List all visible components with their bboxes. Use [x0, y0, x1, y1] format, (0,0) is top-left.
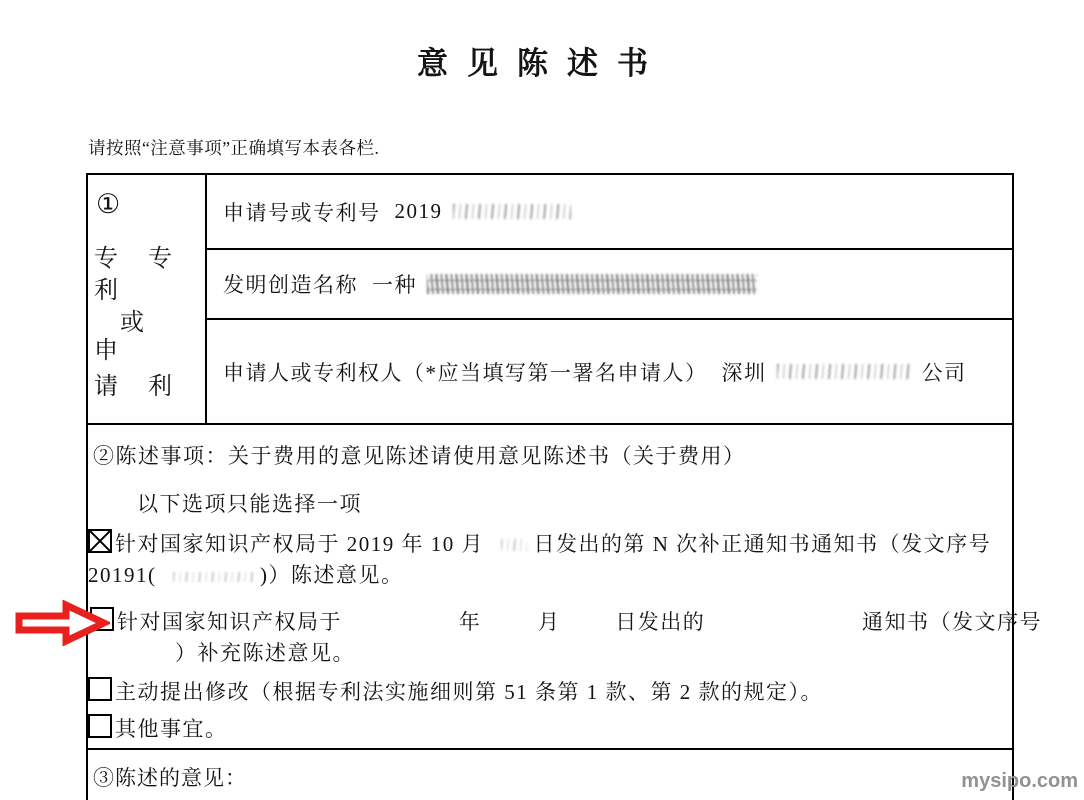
invention-name-row: 发明创造名称 一种 — [207, 250, 1012, 320]
redacted-application-number — [453, 204, 571, 219]
applicant-label: 申请人或专利权人（*应当填写第一署名申请人） — [223, 357, 708, 387]
applicant-row: 申请人或专利权人（*应当填写第一署名申请人） 深圳 公司 — [207, 320, 1012, 423]
section1-number: ① — [96, 191, 120, 218]
option1-checkbox[interactable] — [88, 529, 112, 553]
section1-header-cell: ① 专 专 利 或 申 请 利 — [88, 175, 207, 423]
side-label-char: 请 — [94, 375, 118, 399]
applicant-value-suffix: 公司 — [922, 357, 967, 387]
option1-serial-suffix: )）陈述意见。 — [260, 563, 404, 587]
redacted-serial-number — [173, 572, 253, 582]
section1-fields: 申请号或专利号 2019 发明创造名称 一种 申请人或专利权人（*应当填写第一署… — [207, 175, 1012, 423]
option2-seg-notice: 通知书（发文序号 — [862, 610, 1042, 634]
invention-name-label: 发明创造名称 — [223, 269, 358, 299]
option3-checkbox[interactable] — [88, 677, 112, 701]
section-statement-matters: ②陈述事项：关于费用的意见陈述请使用意见陈述书（关于费用） 以下选项只能选择一项… — [88, 425, 1012, 750]
applicant-value-prefix: 深圳 — [722, 357, 767, 387]
option2-text-line2: ）补充陈述意见。 — [175, 640, 355, 666]
option-voluntary-amendment: 主动提出修改（根据专利法实施细则第 51 条第 1 款、第 2 款的规定）。 — [88, 676, 823, 706]
redacted-invention-name — [427, 274, 757, 294]
application-number-value: 2019 — [395, 199, 443, 224]
option4-text: 其他事宜。 — [115, 713, 228, 743]
option-supplementary-statement: 针对国家知识产权局于 年 月 日发出的 通知书（发文序号 — [90, 606, 1042, 636]
option2-seg-day: 日发出的 — [615, 610, 705, 634]
side-label-char: 专 — [94, 247, 118, 271]
option2-seg-year: 年 — [459, 610, 482, 634]
option1-text-line2: 20191( )）陈述意见。 — [88, 562, 404, 588]
form-table: ① 专 专 利 或 申 请 利 申请号或专利号 2019 发明创造名称 一种 — [86, 173, 1014, 800]
side-label-char: 专 — [148, 247, 172, 271]
option1-serial-prefix: 20191( — [88, 563, 157, 587]
section2-heading: ②陈述事项：关于费用的意见陈述请使用意见陈述书（关于费用） — [93, 443, 746, 469]
watermark: mysipo.com — [961, 770, 1078, 793]
section-patent-info: ① 专 专 利 或 申 请 利 申请号或专利号 2019 发明创造名称 一种 — [88, 175, 1012, 425]
side-label-char: 利 — [148, 375, 172, 399]
application-number-label: 申请号或专利号 — [223, 197, 381, 227]
section3-heading: ③陈述的意见： — [93, 762, 247, 792]
side-label-char: 或 — [120, 311, 144, 335]
option4-checkbox[interactable] — [88, 714, 112, 738]
option2-seg1: 针对国家知识产权局于 — [117, 610, 342, 634]
redacted-day — [501, 539, 527, 551]
option-correction-notice: 针对国家知识产权局于 2019 年 10 月 日发出的第 N 次补正通知书通知书… — [88, 528, 991, 558]
option1-text-part1: 针对国家知识产权局于 2019 年 10 月 — [115, 532, 484, 556]
section2-subheading: 以下选项只能选择一项 — [137, 491, 362, 517]
option1-text-line1: 针对国家知识产权局于 2019 年 10 月 日发出的第 N 次补正通知书通知书… — [115, 528, 991, 558]
option1-text-part2: 日发出的第 N 次补正通知书通知书（发文序号 — [534, 532, 992, 556]
red-arrow-shape — [19, 605, 104, 641]
option-other-matters: 其他事宜。 — [88, 713, 228, 743]
invention-name-value: 一种 — [372, 269, 417, 299]
scanned-form-page: 意见陈述书 请按照“注意事项”正确填写本表各栏. ① 专 专 利 或 申 请 利… — [0, 0, 1084, 800]
section-stated-opinions: ③陈述的意见： — [88, 750, 1012, 800]
option3-text: 主动提出修改（根据专利法实施细则第 51 条第 1 款、第 2 款的规定）。 — [115, 676, 823, 706]
redacted-applicant-name — [777, 364, 912, 379]
side-label-char: 申 — [94, 339, 118, 363]
option2-text-line1: 针对国家知识产权局于 年 月 日发出的 通知书（发文序号 — [117, 606, 1042, 636]
page-title: 意见陈述书 — [10, 38, 1074, 83]
red-arrow-icon — [14, 600, 110, 646]
fill-instruction: 请按照“注意事项”正确填写本表各栏. — [88, 135, 379, 160]
option2-seg-month: 月 — [538, 610, 561, 634]
side-label-char: 利 — [94, 279, 118, 303]
application-number-row: 申请号或专利号 2019 — [207, 175, 1012, 250]
